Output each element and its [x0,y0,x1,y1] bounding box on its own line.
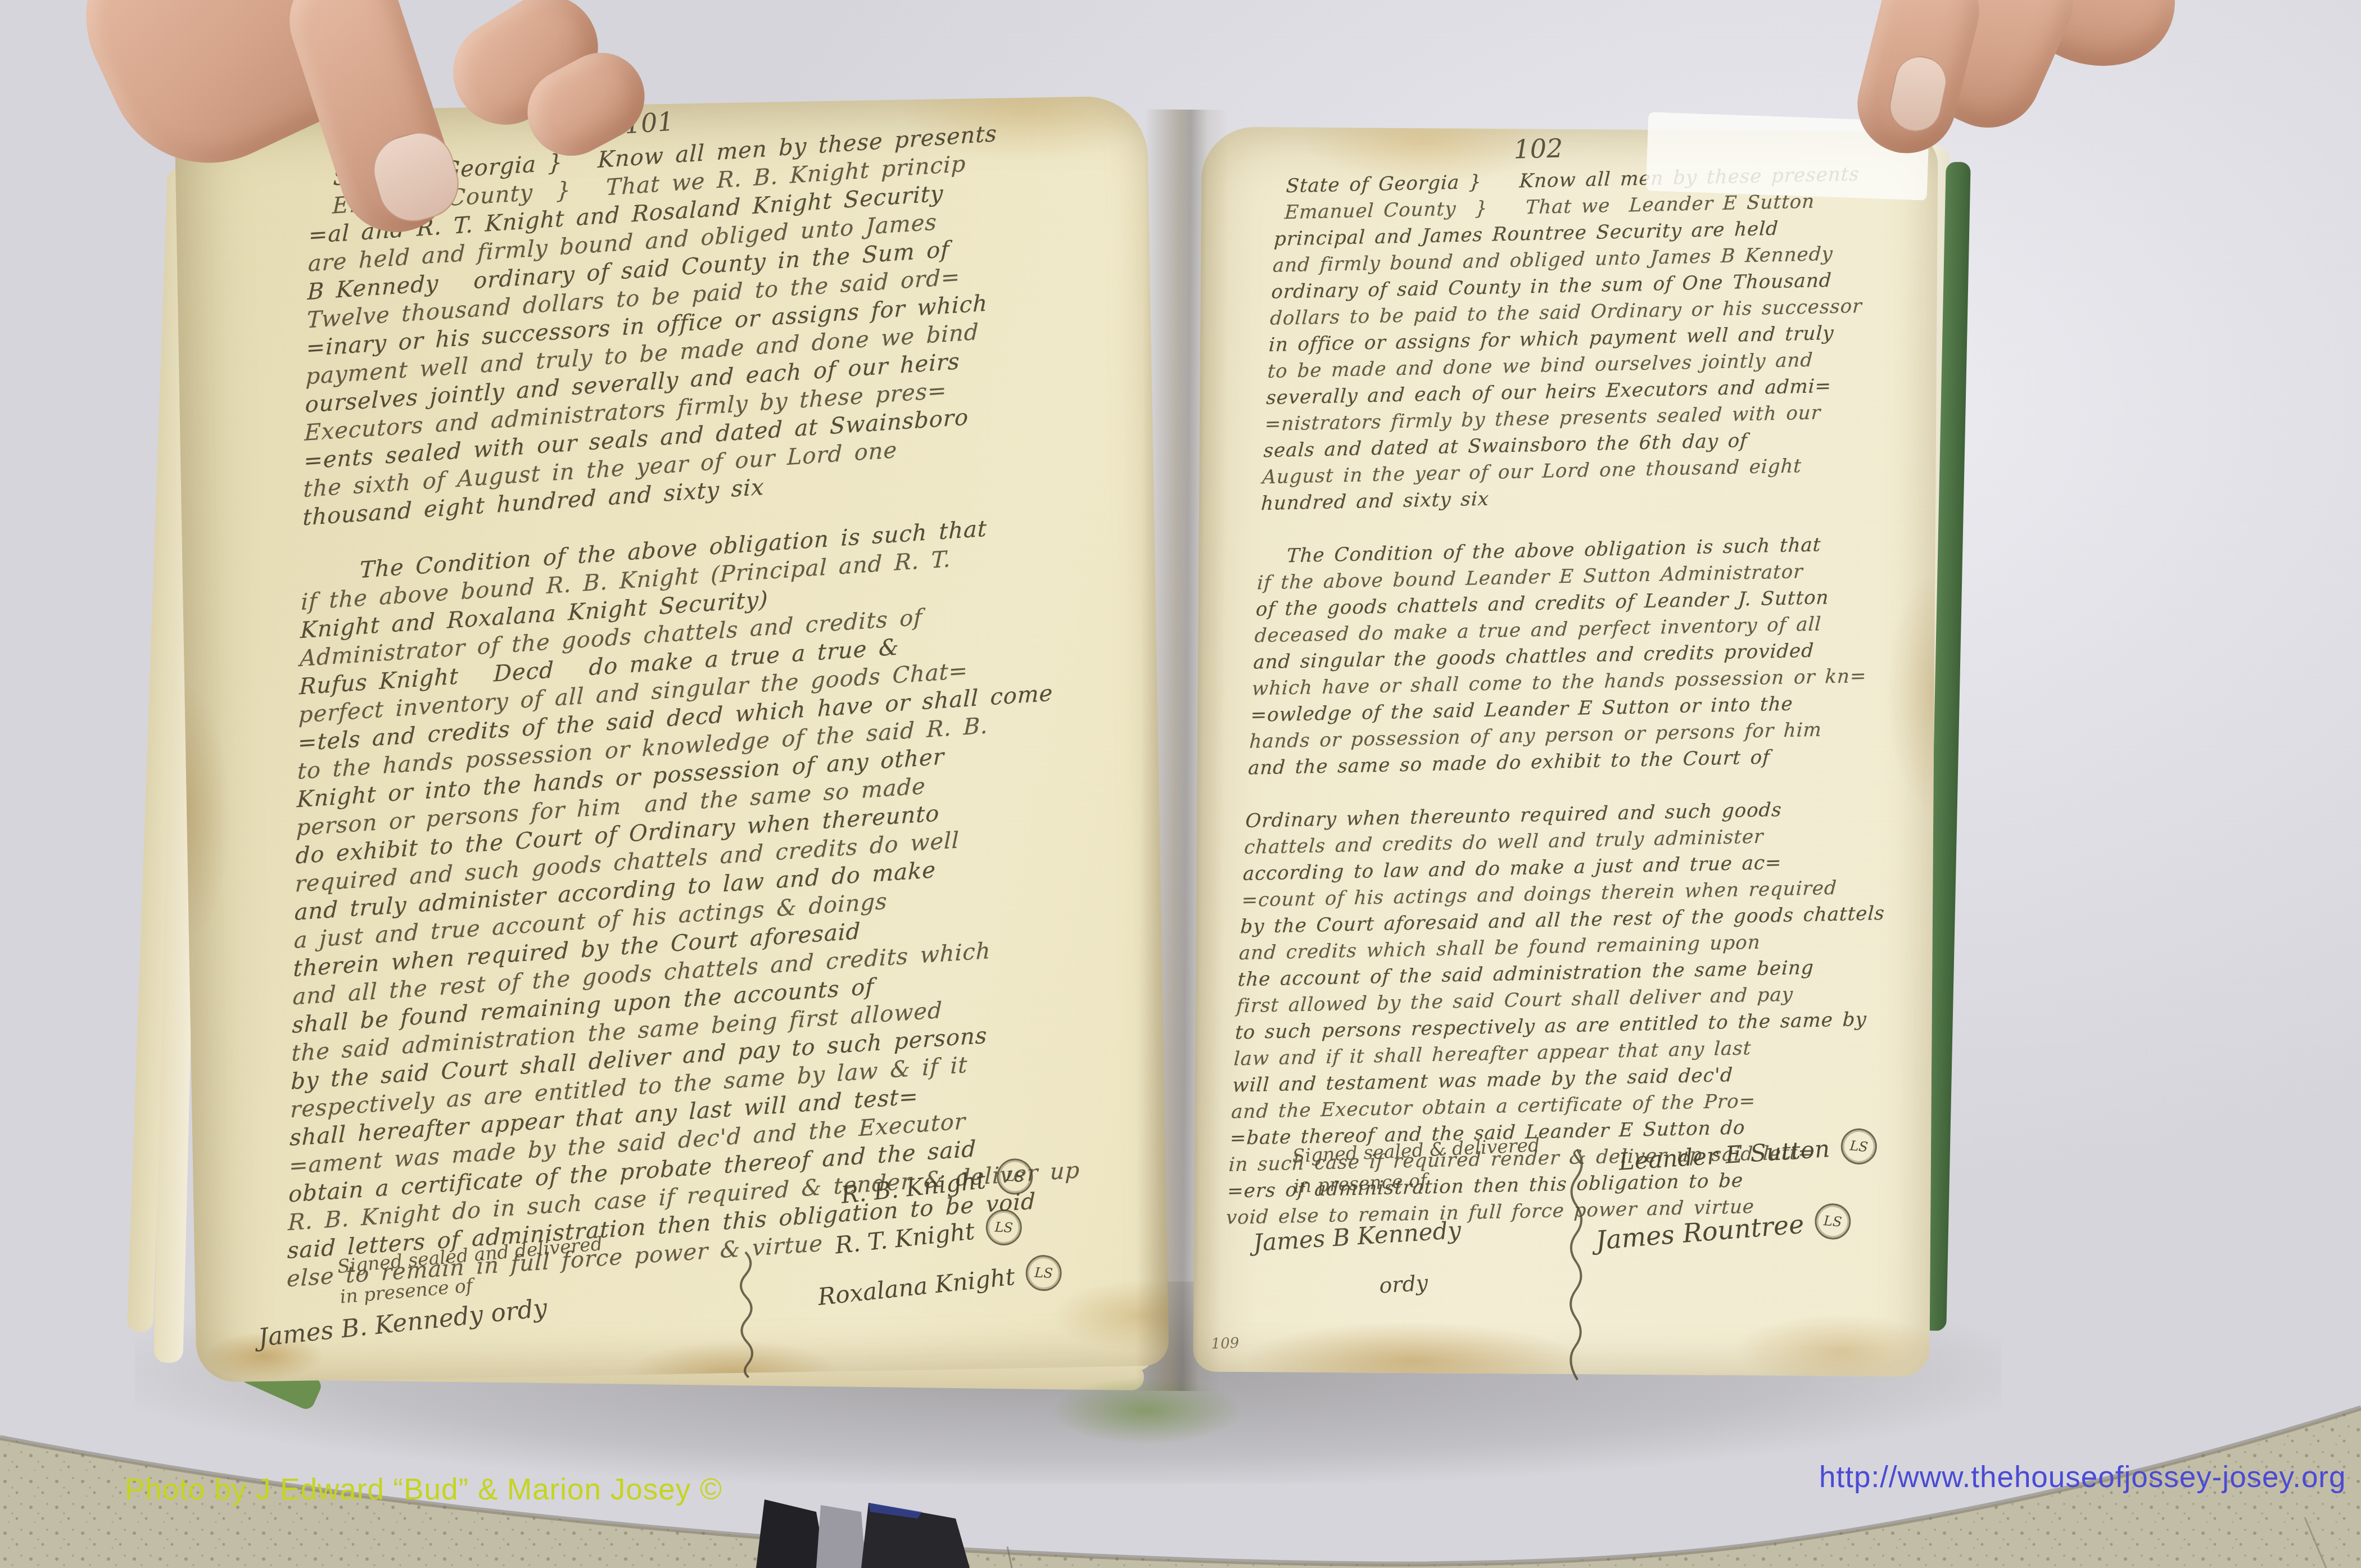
left-page: 101 State of Georgia } Know all men by t… [174,96,1169,1383]
watermark-credit: Photo by J Edward “Bud” & Marion Josey © [125,1472,722,1507]
book-gutter [1136,110,1229,1392]
watermark-url: http://www.thehouseofjossey-josey.org [1819,1460,2346,1494]
photo-of-record-book: 101 State of Georgia } Know all men by t… [0,0,2361,1568]
right-attestation: Signed sealed & delivered in presence of [1292,1130,1542,1202]
signature-name: Roxalana Knight [816,1262,1016,1311]
right-page: 102 State of Georgia } Know all men by t… [1193,126,1938,1376]
right-page-number: 102 [1513,133,1563,164]
squiggle-brace-icon [734,1249,759,1379]
left-signatures: R. B. Knight LS R. T. Knight LS Roxalana… [806,1155,1065,1328]
right-page-text: State of Georgia } Know all men by these… [1225,161,1946,1233]
signature-row: Roxalana Knight LS [816,1253,1064,1315]
seal-ls: LS [996,1158,1033,1195]
left-page-text: State of Georgia } Know all men by these… [287,110,1163,1294]
seal-ls: LS [985,1208,1023,1246]
chair-legs [756,1499,970,1568]
signature-name: R. T. Knight [834,1217,976,1259]
seal-ls: LS [1839,1127,1879,1166]
seal-ls: LS [1025,1254,1062,1291]
right-witness-title: ordy [1378,1270,1428,1298]
squiggle-brace-icon [1564,1146,1588,1383]
seal-ls: LS [1813,1202,1852,1241]
signature-row: R. T. Knight LS [833,1204,1059,1263]
